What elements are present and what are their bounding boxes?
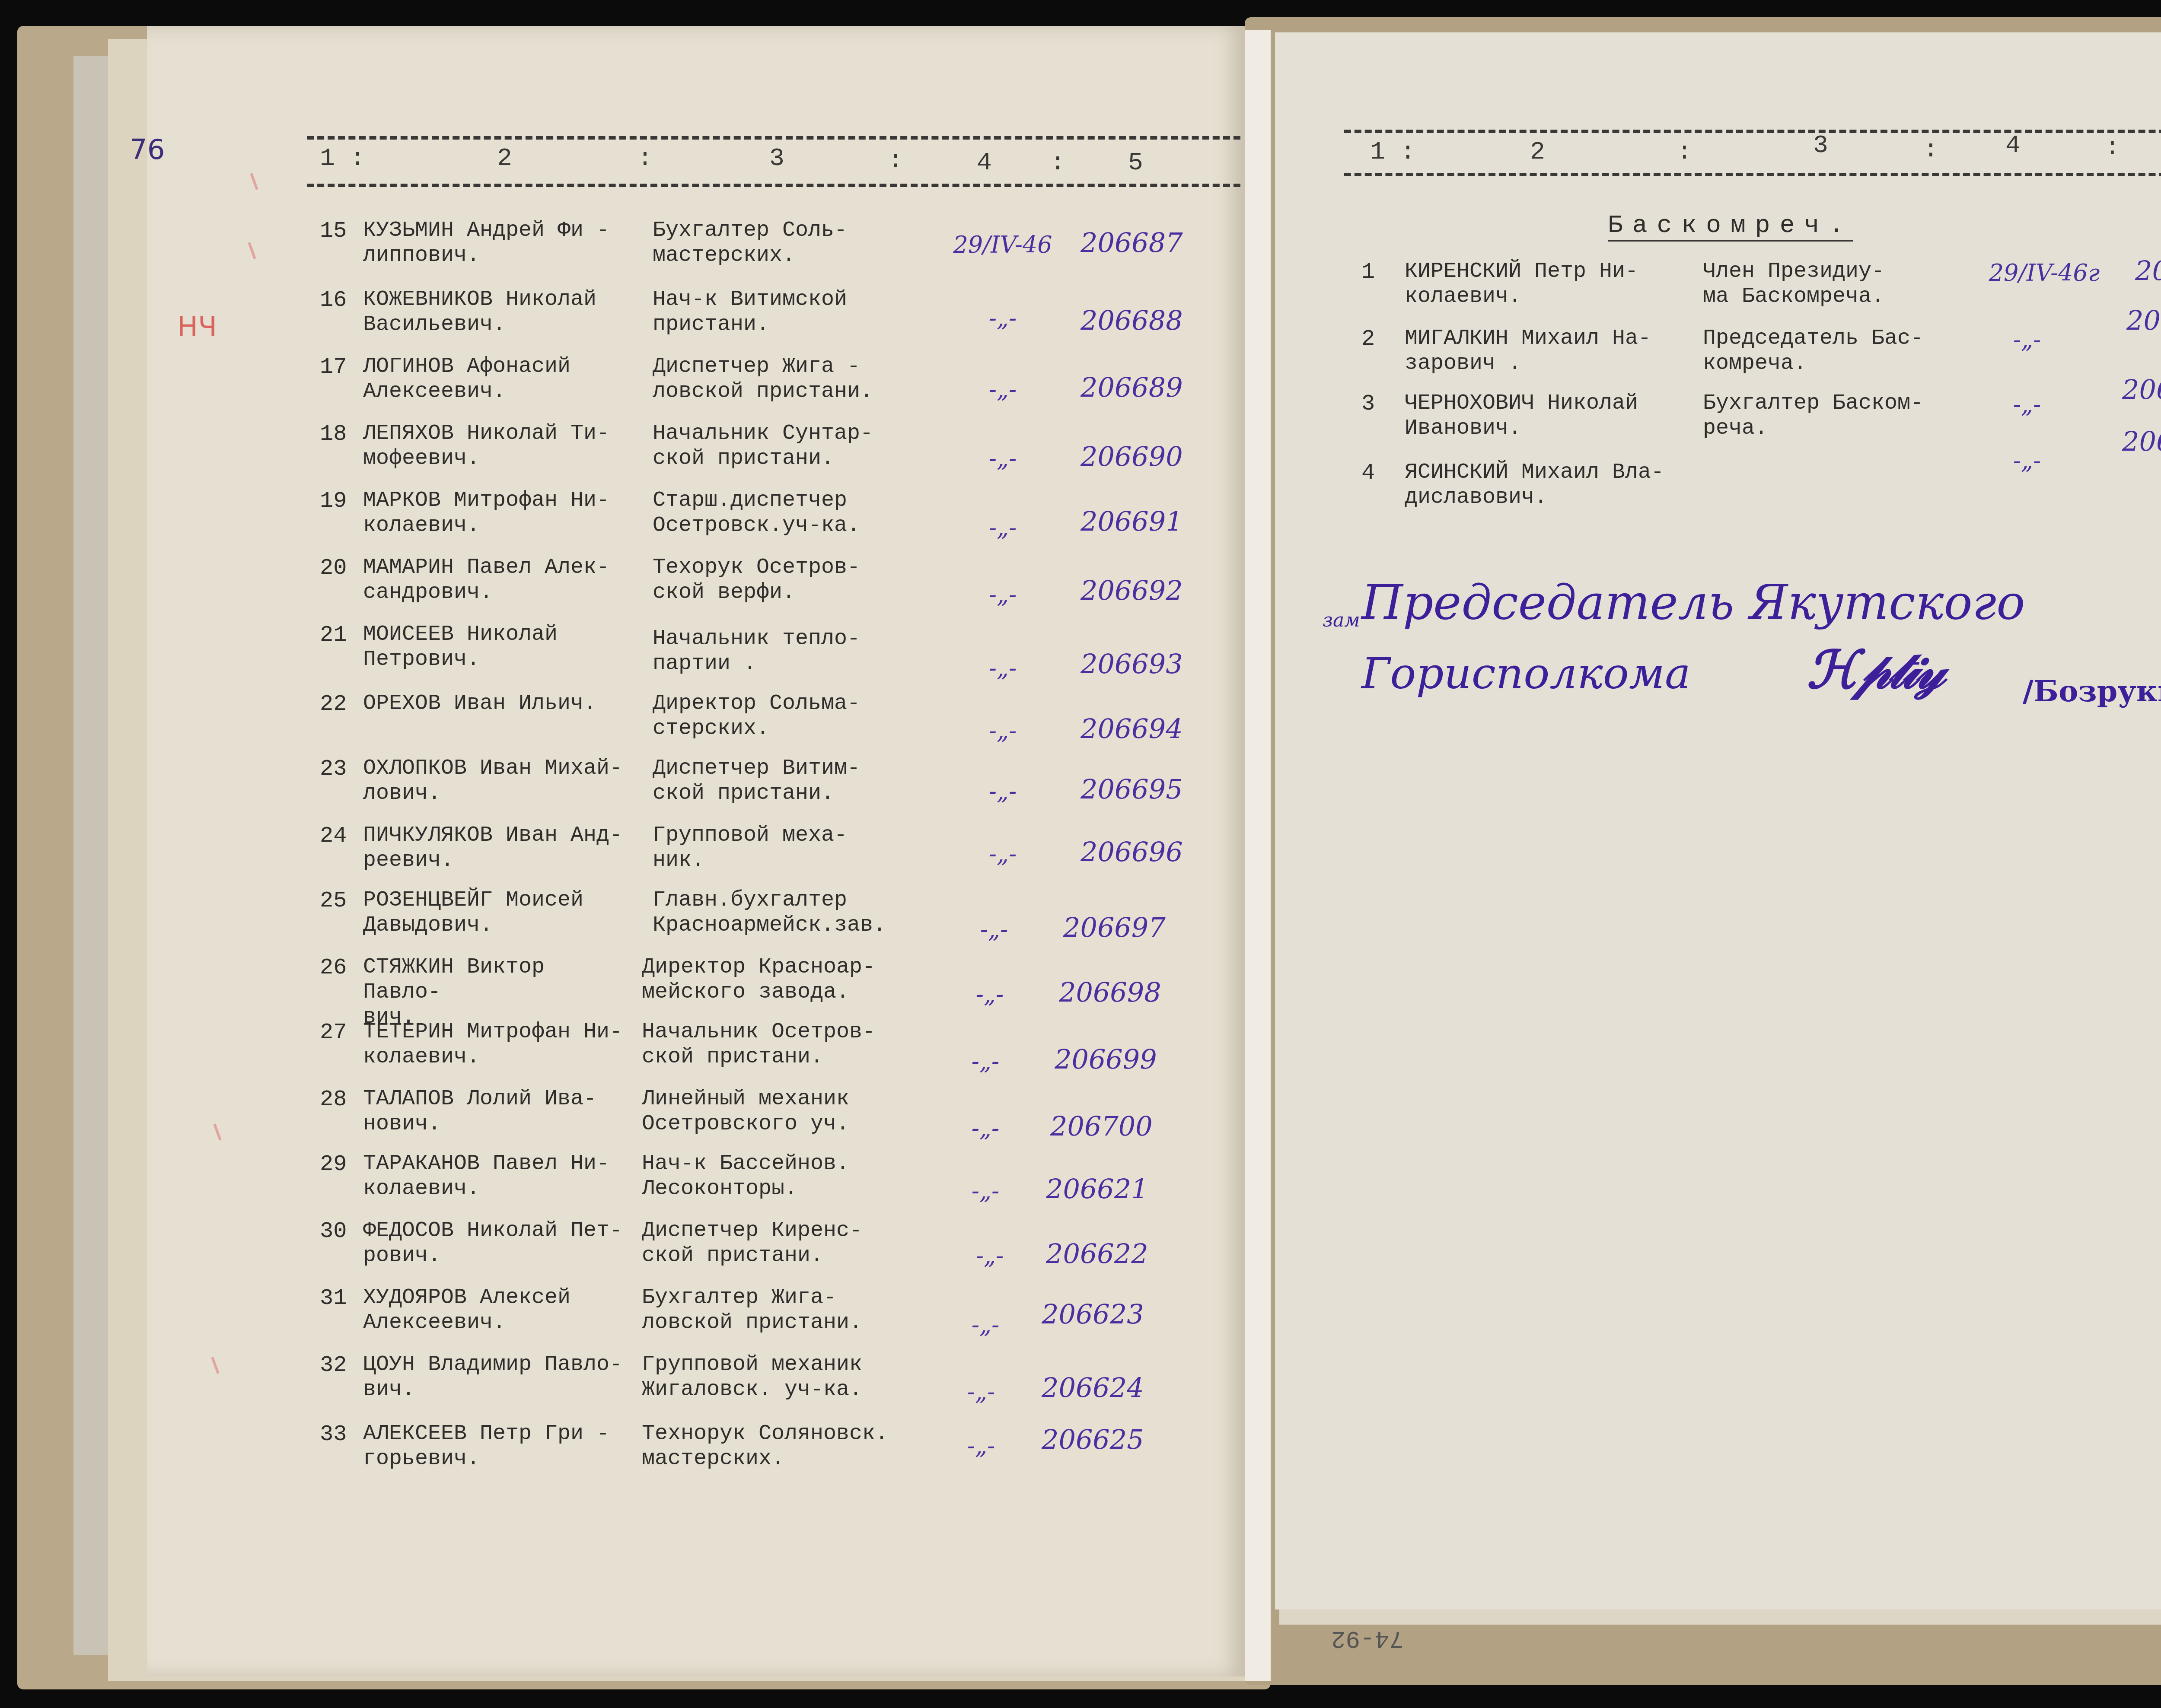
row-number: 15	[320, 218, 354, 244]
person-name: ЯСИНСКИЙ Михаил Вла- диславович.	[1405, 460, 1681, 510]
person-name: ПИЧКУЛЯКОВ Иван Анд- реевич.	[363, 823, 631, 873]
position: Директор Красноар- мейского завода.	[642, 955, 927, 1005]
position: Диспетчер Жига - ловской пристани.	[653, 354, 938, 404]
position: Бухгалтер Баском- реча.	[1703, 391, 1988, 441]
handwritten-date: -„-	[942, 376, 1063, 403]
handwritten-date: -„-	[942, 305, 1063, 332]
col-sep: :	[2105, 134, 2120, 162]
col-header-2: 2	[1530, 138, 1545, 166]
person-name: ЦОУН Владимир Павло- вич.	[363, 1352, 631, 1403]
row-number: 23	[320, 756, 354, 782]
row-number: 16	[320, 287, 354, 313]
col-sep: :	[888, 147, 903, 175]
position: Нач-к Витимской пристани.	[653, 287, 938, 337]
handwritten-number: 206627	[2126, 305, 2161, 336]
position: Старш.диспетчер Осетровск.уч-ка.	[653, 488, 938, 538]
header-rule-top	[1344, 130, 2161, 133]
person-name: ТАЛАПОВ Лолий Ива- нович.	[363, 1087, 631, 1137]
handwritten-number: 206696	[1080, 836, 1210, 868]
row-number: 18	[320, 421, 354, 447]
person-name: ТАРАКАНОВ Павел Ни- колаевич.	[363, 1151, 631, 1202]
position: Линейный механик Осетровского уч.	[642, 1087, 927, 1137]
person-name: ХУДОЯРОВ Алексей Алексеевич.	[363, 1285, 631, 1336]
handwritten-number: 206699	[1055, 1043, 1184, 1075]
col-header-4: 4	[2005, 132, 2021, 160]
position: Нач-к Бассейнов. Лесоконторы.	[642, 1151, 927, 1202]
col-sep: :	[1050, 149, 1065, 177]
signature-title-line1: Председатель Якутского	[1361, 575, 2025, 630]
row-number: 24	[320, 823, 354, 849]
position: Диспетчер Витим- ской пристани.	[653, 756, 938, 806]
row-number: 32	[320, 1352, 354, 1378]
person-name: ЛЕПЯХОВ Николай Ти- мофеевич.	[363, 421, 631, 471]
row-number: 27	[320, 1020, 354, 1045]
handwritten-number: 206690	[1080, 441, 1210, 472]
row-number: 29	[320, 1151, 354, 1177]
handwritten-date: -„-	[942, 778, 1063, 805]
handwritten-date: 29/IV-46	[942, 231, 1063, 258]
handwritten-date: -„-	[1967, 326, 2088, 353]
handwritten-date: -„-	[921, 1432, 1042, 1460]
row-number: 4	[1361, 460, 1396, 486]
handwritten-number: 206688	[1080, 305, 1210, 336]
position: Начальник Осетров- ской пристани.	[642, 1020, 927, 1070]
handwritten-number: 206692	[1080, 575, 1210, 606]
handwritten-number: 206625	[1042, 1424, 1171, 1455]
handwritten-date: -„-	[934, 916, 1055, 943]
handwritten-date: -„-	[925, 1048, 1046, 1075]
row-number: 3	[1361, 391, 1396, 417]
handwritten-number: 206628	[2122, 374, 2161, 405]
position: Технорук Соляновск. мастерских.	[642, 1422, 927, 1472]
position: Член Президиу- ма Баскомреча.	[1703, 259, 1988, 309]
handwritten-number: 206624	[1042, 1372, 1171, 1403]
col-sep: :	[1677, 138, 1692, 166]
col-sep: :	[350, 145, 365, 173]
handwritten-number: 206697	[1063, 912, 1193, 943]
row-number: 30	[320, 1218, 354, 1244]
handwritten-number: 206622	[1046, 1238, 1176, 1269]
signature-prefix: зам	[1323, 609, 1360, 631]
position: Групповой меха- ник.	[653, 823, 938, 873]
handwritten-date: -„-	[1967, 391, 2088, 418]
handwritten-date: -„-	[942, 717, 1063, 744]
position: Начальник тепло- партии .	[653, 627, 938, 677]
handwritten-date: -„-	[942, 445, 1063, 472]
row-number: 28	[320, 1087, 354, 1112]
row-number: 1	[1361, 259, 1396, 285]
col-header-3: 3	[769, 145, 784, 173]
col-sep: :	[1400, 138, 1415, 166]
person-name: ТЕТЕРИН Митрофан Ни- колаевич.	[363, 1020, 631, 1070]
person-name: МОИСЕЕВ Николай Петрович.	[363, 622, 631, 672]
person-name: ФЕДОСОВ Николай Пет- рович.	[363, 1218, 631, 1269]
handwritten-number: 206689	[1080, 372, 1210, 403]
header-rule-bottom	[307, 184, 1240, 187]
margin-red-note: НЧ	[177, 311, 217, 343]
col-header-3: 3	[1813, 132, 1828, 160]
position: Бухгалтер Соль- мастерских.	[653, 218, 938, 268]
binding-strip	[1245, 30, 1271, 1681]
person-name: КИРЕНСКИЙ Петр Ни- колаевич.	[1405, 259, 1681, 309]
page-stack-edge-left	[73, 56, 108, 1655]
col-header-4: 4	[977, 149, 992, 177]
handwritten-number: 206694	[1080, 713, 1210, 744]
row-number: 22	[320, 691, 354, 717]
position: Председатель Бас- комреча.	[1703, 326, 1988, 376]
handwritten-date: -„-	[942, 581, 1063, 608]
col-header-1: 1	[1370, 138, 1385, 166]
handwritten-number: 206626	[2135, 255, 2161, 286]
col-sep: :	[637, 145, 653, 173]
person-name: АЛЕКСЕЕВ Петр Гри - горьевич.	[363, 1422, 631, 1472]
col-header-5: 5	[1128, 149, 1143, 177]
position: Диспетчер Киренс- ской пристани.	[642, 1218, 927, 1269]
col-header-1: 1	[320, 145, 335, 173]
person-name: КУЗЬМИН Андрей Фи - липпович.	[363, 218, 631, 268]
person-name: ОХЛОПКОВ Иван Михай- лович.	[363, 756, 631, 806]
position: Бухгалтер Жига- ловской пристани.	[642, 1285, 927, 1336]
row-number: 21	[320, 622, 354, 648]
position: Начальник Сунтар- ской пристани.	[653, 421, 938, 471]
handwritten-number: 206695	[1080, 773, 1210, 805]
handwritten-date: -„-	[942, 840, 1063, 868]
signer-name: /Бозруких/	[2023, 674, 2161, 709]
person-name: МАРКОВ Митрофан Ни- колаевич.	[363, 488, 631, 538]
handwritten-number: 206629	[2122, 426, 2161, 457]
col-header-2: 2	[497, 145, 512, 173]
row-number: 17	[320, 354, 354, 380]
handwritten-date: -„-	[942, 655, 1063, 682]
handwritten-number: 206698	[1059, 976, 1189, 1008]
position: Техорук Осетров- ской верфи.	[653, 555, 938, 605]
person-name: МИГАЛКИН Михаил На- зарович .	[1405, 326, 1681, 376]
person-name: ЧЕРНОХОВИЧ Николай Иванович.	[1405, 391, 1681, 441]
signature-title-line2: Горисполкома	[1361, 648, 1691, 699]
handwritten-date: 29/IV-46г	[1984, 259, 2105, 286]
handwritten-number: 206693	[1080, 648, 1210, 680]
person-name: МАМАРИН Павел Алек- сандрович.	[363, 555, 631, 605]
handwritten-number: 206691	[1080, 506, 1210, 537]
row-number: 31	[320, 1285, 354, 1311]
handwritten-number: 206621	[1046, 1173, 1176, 1205]
inverted-stamp: 74-92	[1331, 1625, 1404, 1652]
handwritten-number: 206623	[1042, 1298, 1171, 1330]
row-number: 2	[1361, 326, 1396, 352]
row-number: 19	[320, 488, 354, 514]
handwritten-date: -„-	[929, 1242, 1050, 1269]
handwritten-signature: ℋ𝓅𝓉𝒾𝓎	[1807, 639, 1942, 701]
handwritten-date: -„-	[929, 981, 1050, 1008]
margin-number: 76	[130, 134, 165, 166]
handwritten-date: -„-	[1967, 447, 2088, 474]
person-name: КОЖЕВНИКОВ Николай Васильевич.	[363, 287, 631, 337]
handwritten-date: -„-	[942, 514, 1063, 541]
person-name: ОРЕХОВ Иван Ильич.	[363, 691, 631, 716]
person-name: ЛОГИНОВ Афонасий Алексеевич.	[363, 354, 631, 404]
section-title: Баскомреч.	[1608, 212, 1853, 242]
handwritten-date: -„-	[925, 1177, 1046, 1205]
handwritten-date: -„-	[921, 1378, 1042, 1406]
row-number: 20	[320, 555, 354, 581]
col-sep: :	[1923, 136, 1938, 164]
handwritten-number: 206700	[1050, 1110, 1180, 1142]
row-number: 33	[320, 1422, 354, 1447]
handwritten-number: 206687	[1080, 227, 1210, 258]
handwritten-date: -„-	[925, 1115, 1046, 1142]
position: Групповой механик Жигаловск. уч-ка.	[642, 1352, 927, 1403]
handwritten-date: -„-	[925, 1311, 1046, 1339]
position: Директор Сольма- стерских.	[653, 691, 938, 741]
row-number: 26	[320, 955, 354, 980]
person-name: СТЯЖКИН Виктор Павло- вич.	[363, 955, 631, 1030]
person-name: РОЗЕНЦВЕЙГ Моисей Давыдович.	[363, 888, 631, 938]
header-rule-bottom	[1344, 173, 2161, 176]
position: Главн.бухгалтер Красноармейск.зав.	[653, 888, 938, 938]
row-number: 25	[320, 888, 354, 913]
header-rule-top	[307, 136, 1240, 140]
